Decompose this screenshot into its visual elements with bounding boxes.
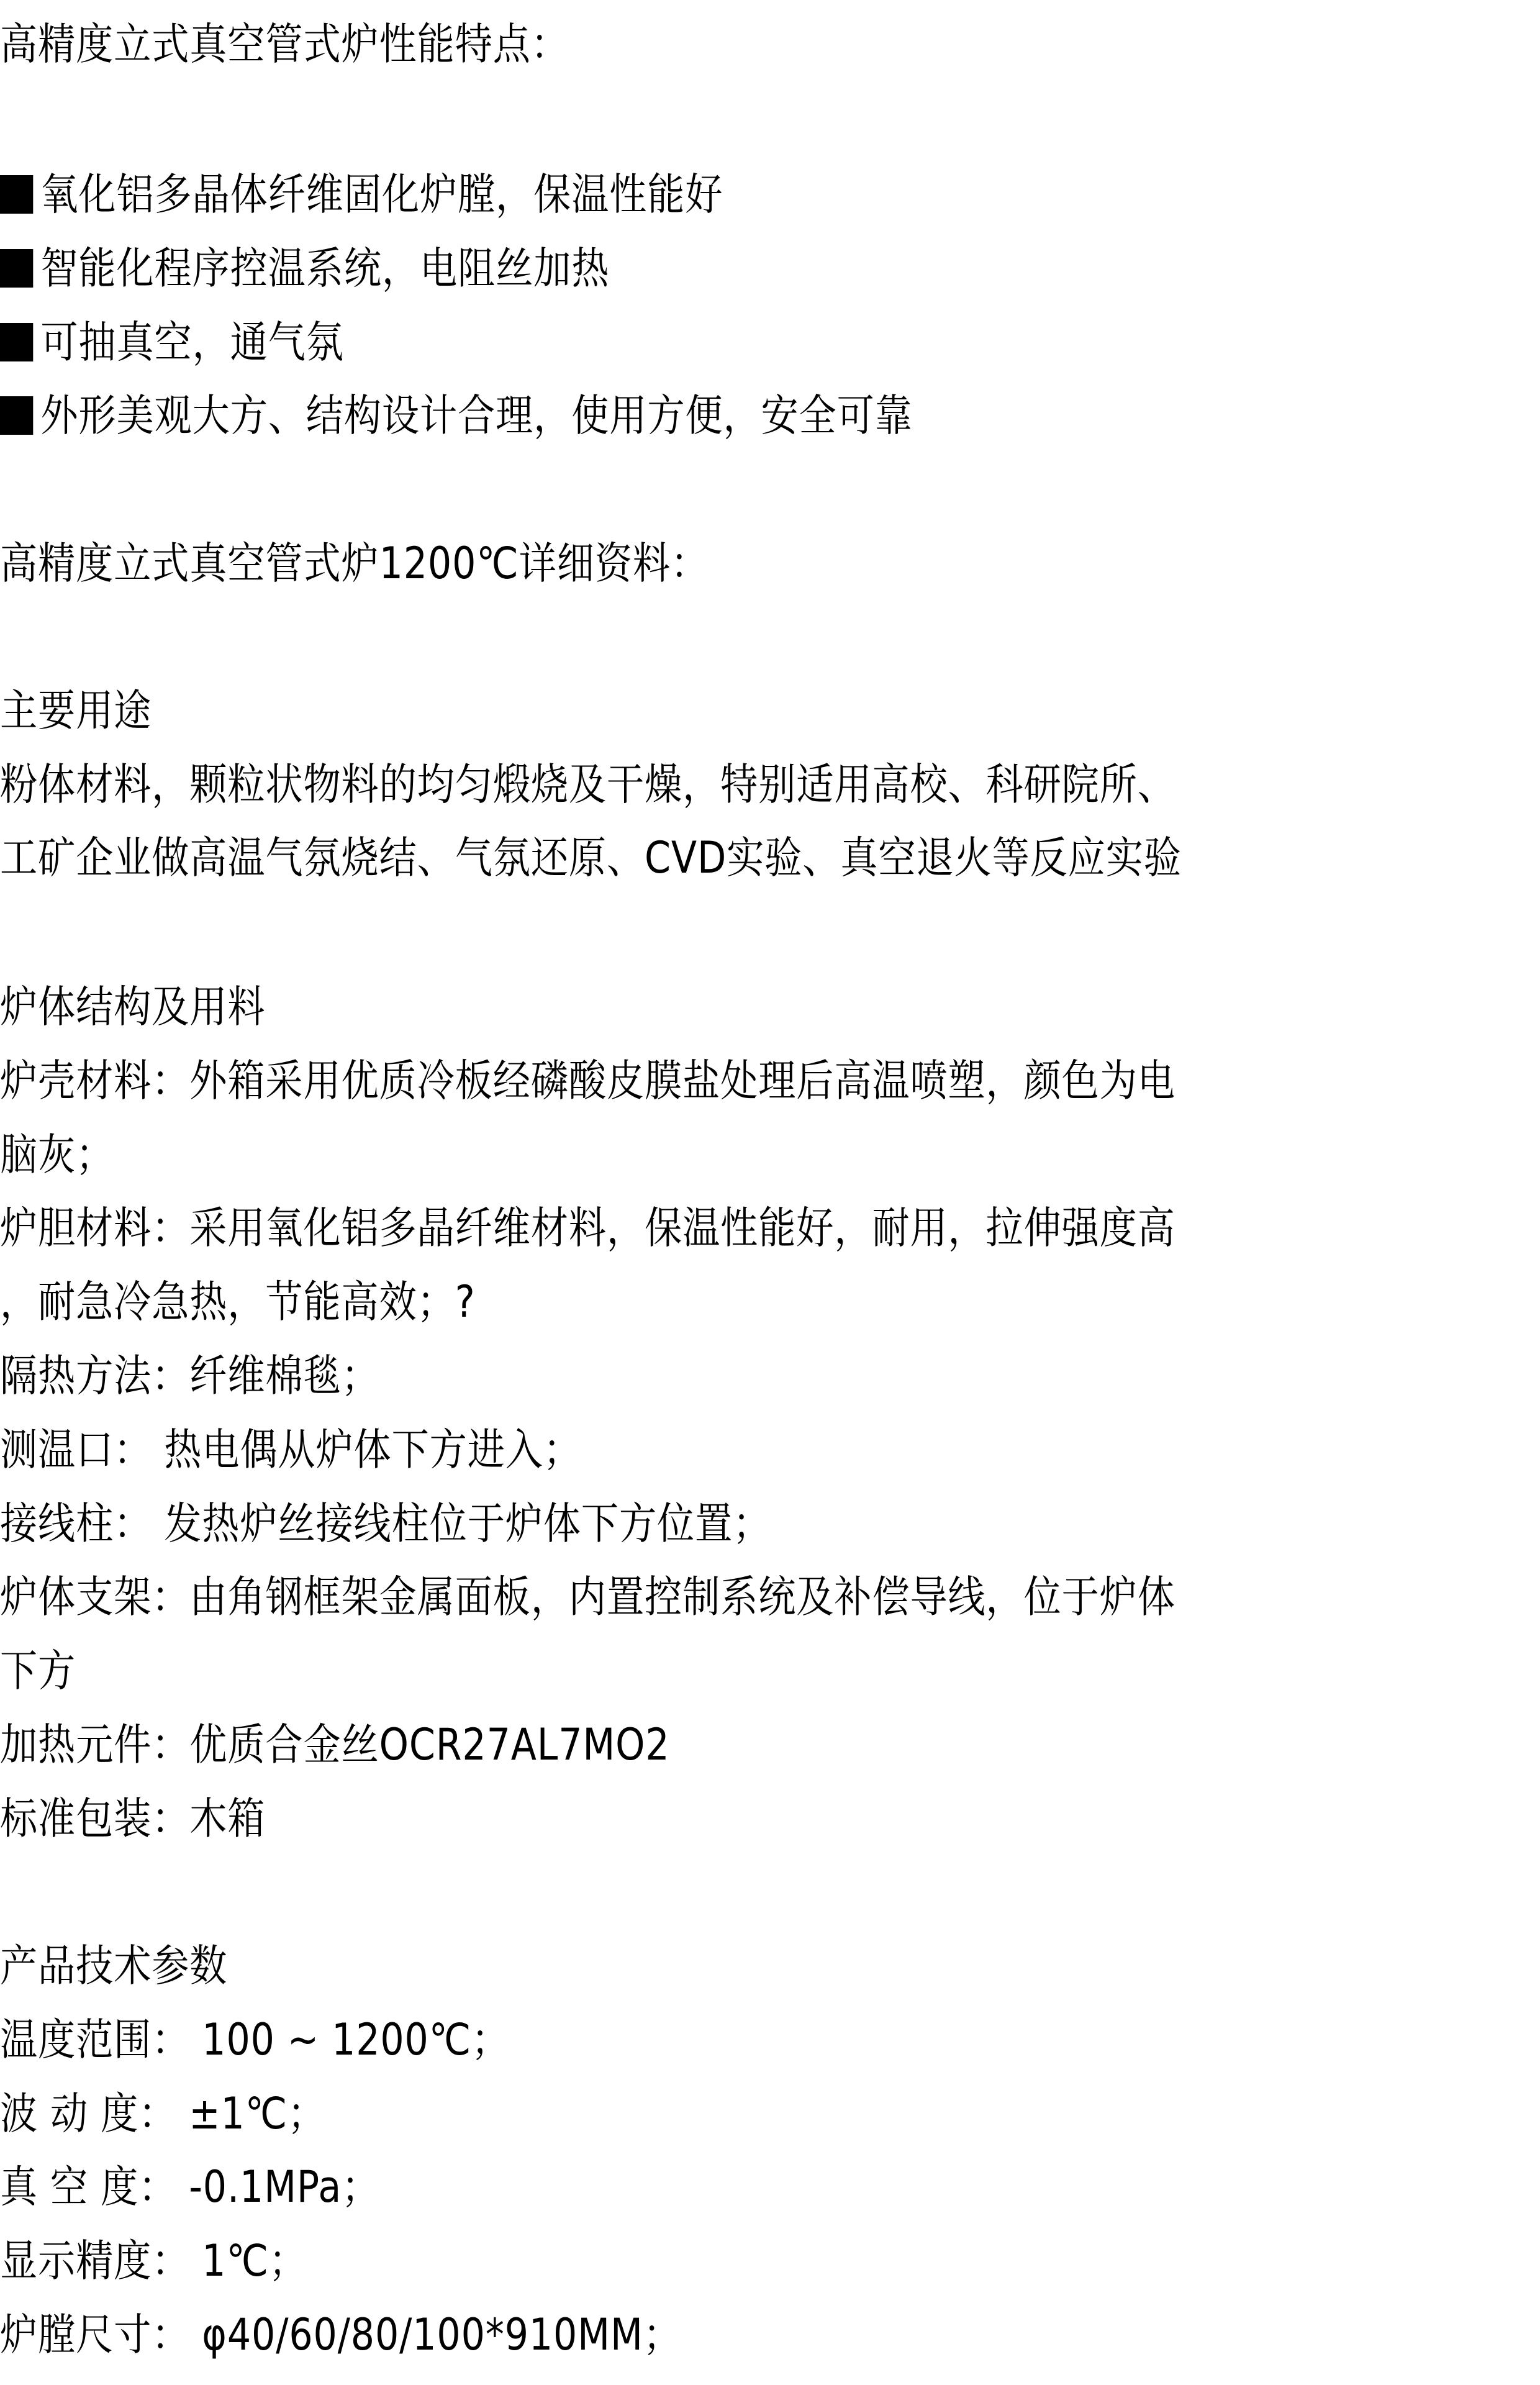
usage-line: 工矿企业做高温气氛烧结、气氛还原、CVD实验、真空退火等反应实验 (0, 821, 1182, 895)
square-bullet-icon (0, 175, 33, 214)
spec-line: 炉膛尺寸： φ40/60/80/100*910MM； (0, 2298, 681, 2372)
features-title: 高精度立式真空管式炉性能特点： (0, 7, 569, 81)
feature-bullet: 氧化铝多晶体纤维固化炉膛，保温性能好 (0, 158, 723, 232)
specs-heading: 产品技术参数 (0, 1929, 227, 2003)
structure-line: 脑灰； (0, 1118, 114, 1192)
spec-line: 显示精度： 1℃； (0, 2224, 307, 2298)
structure-line: 炉壳材料：外箱采用优质冷板经磷酸皮膜盐处理后高温喷塑，颜色为电 (0, 1044, 1175, 1118)
square-bullet-icon (0, 396, 33, 435)
usage-heading: 主要用途 (0, 674, 152, 748)
feature-bullet: 智能化程序控温系统，电阻丝加热 (0, 232, 609, 306)
spec-line: 温度范围： 100 ~ 1200℃； (0, 2003, 509, 2077)
structure-line: 接线柱： 发热炉丝接线柱位于炉体下方位置； (0, 1487, 771, 1561)
structure-line: 炉体支架：由角钢框架金属面板，内置控制系统及补偿导线，位于炉体 (0, 1560, 1175, 1634)
structure-line: 加热元件：优质合金丝OCR27AL7MO2 (0, 1708, 670, 1782)
structure-line: ，耐急冷急热，节能高效；? (0, 1265, 476, 1339)
structure-line: 隔热方法：纤维棉毯； (0, 1339, 379, 1413)
details-title: 高精度立式真空管式炉1200℃详细资料： (0, 527, 709, 601)
square-bullet-icon (0, 323, 33, 361)
structure-line: 下方 (0, 1634, 76, 1708)
feature-bullet: 可抽真空，通气氛 (0, 306, 344, 379)
spec-line: 波 动 度： ±1℃； (0, 2077, 325, 2151)
feature-text: 可抽真空，通气氛 (40, 317, 343, 368)
structure-heading: 炉体结构及用料 (0, 970, 265, 1044)
structure-line: 测温口： 热电偶从炉体下方进入； (0, 1413, 581, 1487)
feature-text: 氧化铝多晶体纤维固化炉膛，保温性能好 (40, 169, 723, 220)
spec-line: 真 空 度： -0.1MPa； (0, 2150, 379, 2224)
structure-line: 炉胆材料：采用氧化铝多晶纤维材料，保温性能好，耐用，拉伸强度高 (0, 1191, 1175, 1265)
feature-text: 外形美观大方、结构设计合理，使用方便，安全可靠 (40, 390, 912, 441)
feature-bullet: 外形美观大方、结构设计合理，使用方便，安全可靠 (0, 379, 913, 453)
feature-text: 智能化程序控温系统，电阻丝加热 (40, 243, 609, 294)
structure-line: 标准包装：木箱 (0, 1782, 265, 1856)
square-bullet-icon (0, 249, 33, 288)
usage-line: 粉体材料，颗粒状物料的均匀煅烧及干燥，特别适用高校、科研院所、 (0, 748, 1175, 822)
